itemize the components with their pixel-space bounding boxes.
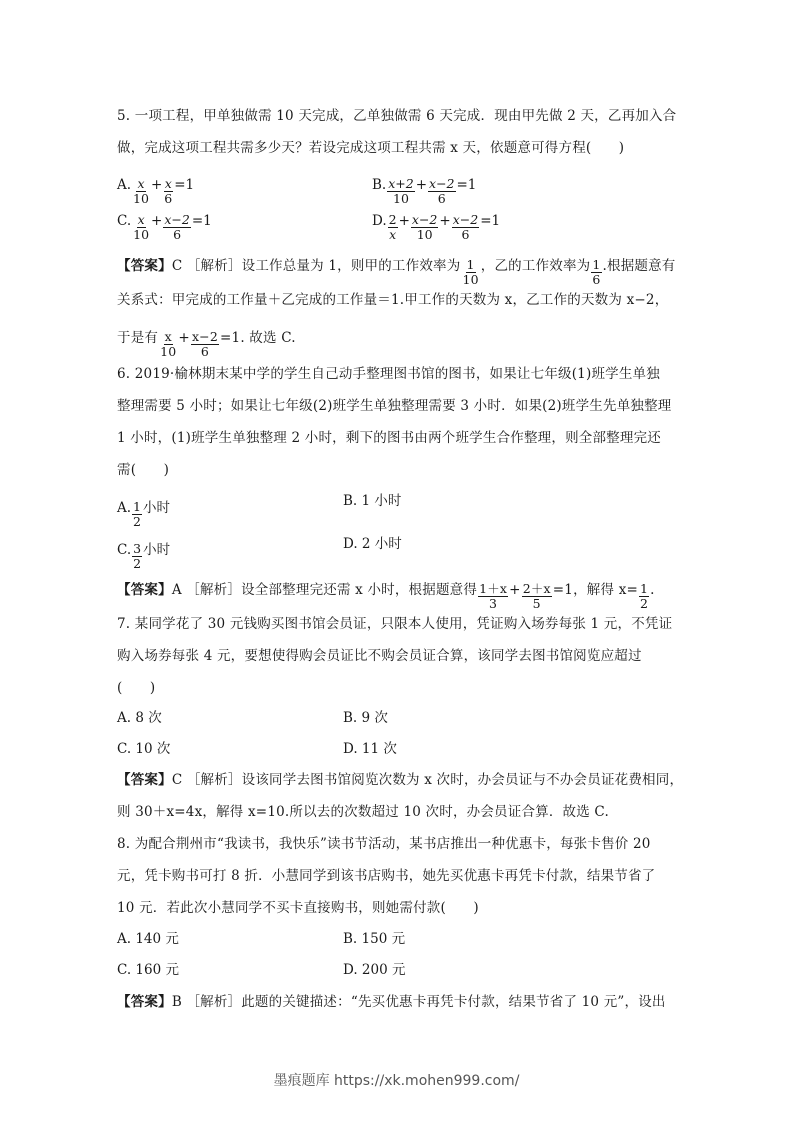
q5-stem-line-2: 做，完成这项工程共需多少天？若设完成这项工程共需 x 天，依题意可得方程( ) bbox=[117, 139, 624, 157]
q5-option-c: C.x10+x−26=1 bbox=[117, 207, 212, 236]
q8-option-c: C. 160 元 bbox=[117, 961, 179, 979]
q8-option-b: B. 150 元 bbox=[343, 930, 405, 948]
q7-option-d: D. 11 次 bbox=[343, 740, 397, 758]
q5-answer-line-3: 于是有x10+x−26=1. 故选 C. bbox=[117, 324, 296, 353]
q6-stem-line-2: 整理需要 5 小时；如果让七年级(2)班学生单独整理需要 3 小时．如果(2)班… bbox=[117, 397, 672, 415]
q5-option-b: B.x+210+x−26=1 bbox=[372, 171, 476, 200]
q6-option-c: C.32小时 bbox=[117, 536, 170, 565]
q5-stem-line-1: 5. 一项工程，甲单独做需 10 天完成，乙单独做需 6 天完成．现由甲先做 2… bbox=[117, 107, 676, 125]
q6-stem-line-3: 1 小时，(1)班学生单独整理 2 小时，剩下的图书由两个班学生合作整理，则全部… bbox=[117, 429, 661, 447]
answer-tag: 【答案】 bbox=[117, 258, 172, 274]
watermark-footer: 墨痕题库 https://xk.mohen999.com/ bbox=[0, 1070, 793, 1090]
q5-answer-line-2: 关系式：甲完成的工作量＋乙完成的工作量＝1.甲工作的天数为 x，乙工作的天数为 … bbox=[117, 291, 668, 309]
q6-option-d: D. 2 小时 bbox=[343, 535, 402, 553]
answer-tag: 【答案】 bbox=[117, 582, 172, 598]
answer-tag: 【答案】 bbox=[117, 772, 172, 788]
q7-option-c: C. 10 次 bbox=[117, 740, 170, 758]
q6-option-a: A.12小时 bbox=[117, 494, 170, 523]
q8-option-d: D. 200 元 bbox=[343, 961, 406, 979]
q8-stem-line-2: 元，凭卡购书可打 8 折．小慧同学到该书店购书，她先买优惠卡再凭卡付款，结果节省… bbox=[117, 867, 655, 885]
q6-stem-line-1: 6. 2019·榆林期末某中学的学生自己动手整理图书馆的图书，如果让七年级(1)… bbox=[117, 365, 660, 383]
q8-answer-line-1: 【答案】B ［解析］此题的关键描述：“先买优惠卡再凭卡付款，结果节省了 10 元… bbox=[117, 993, 666, 1011]
q7-stem-line-2: 购入场券每张 4 元，要想使得购会员证比不购会员证合算，该同学去图书馆阅览应超过 bbox=[117, 647, 642, 665]
q6-stem-line-4: 需( ) bbox=[117, 461, 169, 479]
q7-stem-line-1: 7. 某同学花了 30 元钱购买图书馆会员证，只限本人使用，凭证购入场券每张 1… bbox=[117, 615, 672, 633]
q6-option-b: B. 1 小时 bbox=[343, 492, 401, 510]
q7-option-a: A. 8 次 bbox=[117, 709, 162, 727]
q5-answer-line-1: 【答案】C ［解析］设工作总量为 1，则甲的工作效率为110，乙的工作效率为16… bbox=[117, 252, 676, 281]
q8-option-a: A. 140 元 bbox=[117, 930, 179, 948]
q7-answer-line-1: 【答案】C ［解析］设该同学去图书馆阅览次数为 x 次时，办会员证与不办会员证花… bbox=[117, 771, 683, 789]
q6-answer: 【答案】A ［解析］设全部整理完还需 x 小时，根据题意得1＋x3+2＋x5=1… bbox=[117, 576, 655, 605]
q7-option-b: B. 9 次 bbox=[343, 709, 388, 727]
q8-stem-line-1: 8. 为配合荆州市“我读书，我快乐”读书节活动，某书店推出一种优惠卡，每张卡售价… bbox=[117, 835, 651, 853]
q8-stem-line-3: 10 元．若此次小慧同学不买卡直接购书，则她需付款( ) bbox=[117, 899, 479, 917]
q7-stem-line-3: ( ) bbox=[117, 679, 155, 697]
q5-option-a: A.x10+x6=1 bbox=[117, 171, 194, 200]
answer-tag: 【答案】 bbox=[117, 994, 172, 1010]
document-page: 5. 一项工程，甲单独做需 10 天完成，乙单独做需 6 天完成．现由甲先做 2… bbox=[0, 0, 793, 1122]
q5-option-d: D.2x+x−210+x−26=1 bbox=[372, 207, 500, 236]
q7-answer-line-2: 则 30＋x=4x，解得 x=10.所以去的次数超过 10 次时，办会员证合算．… bbox=[117, 803, 609, 821]
